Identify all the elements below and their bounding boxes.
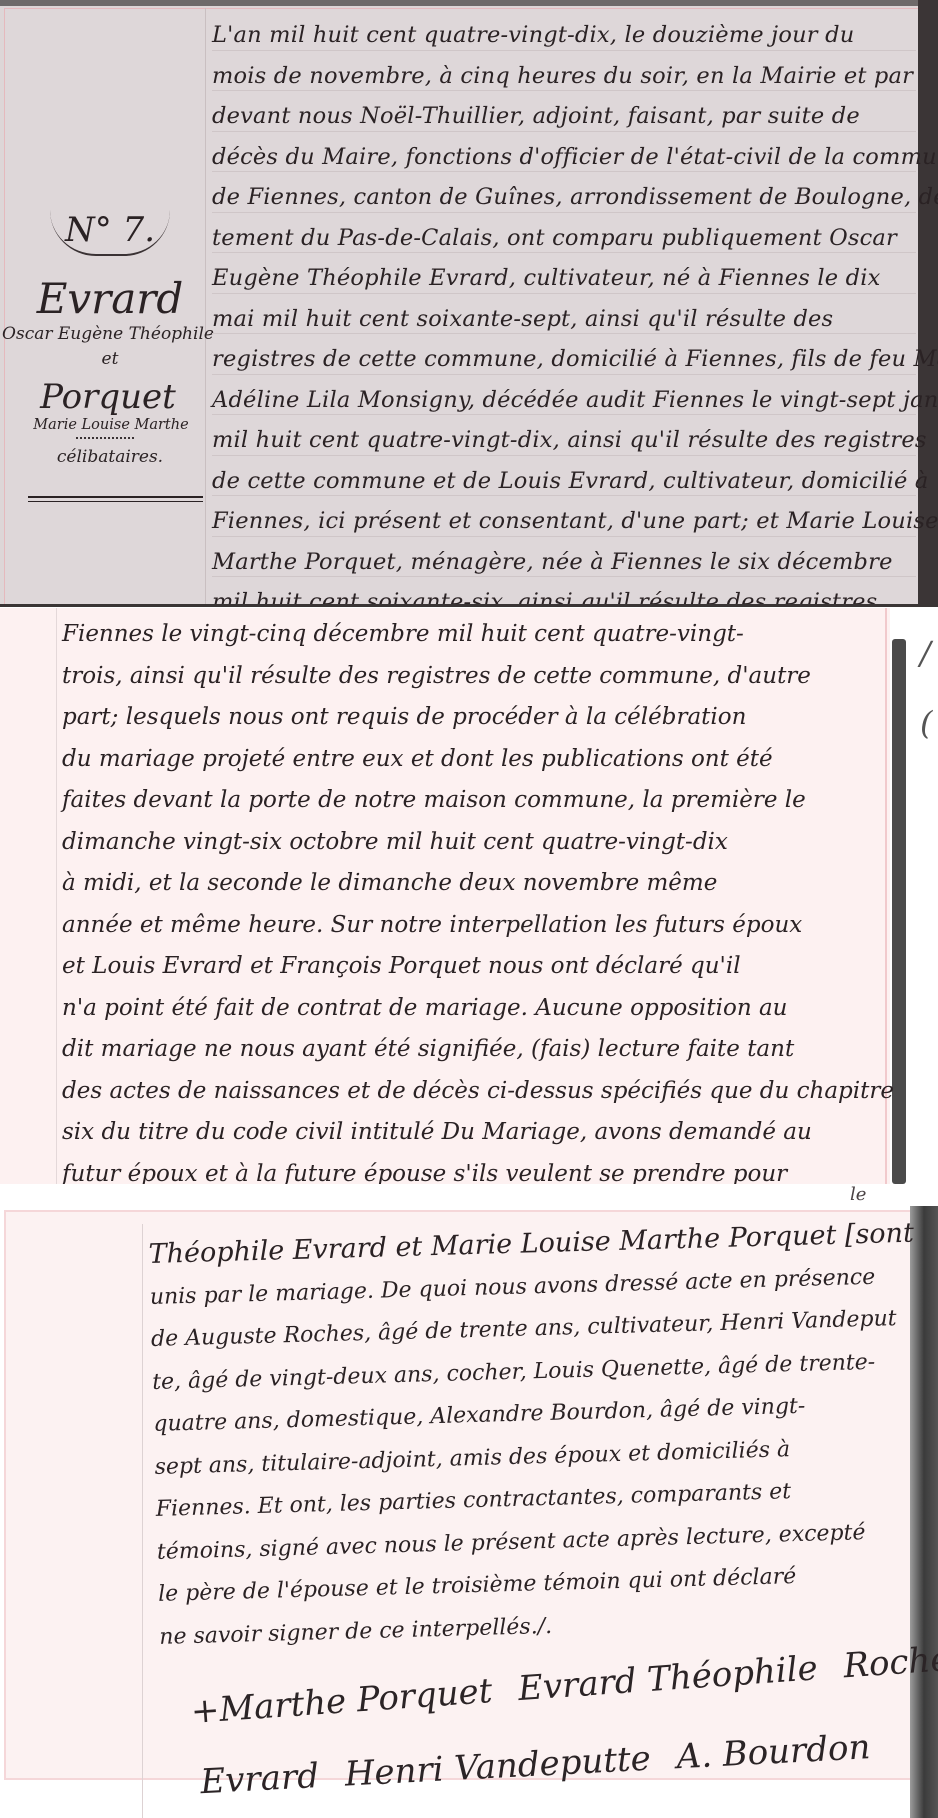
text-line: tement du Pas-de-Calais, ont comparu pub…	[212, 213, 916, 254]
scan-panel-2: / ( Fiennes le vingt-cinq décembre mil h…	[0, 604, 938, 1184]
text-line: Adéline Lila Monsigny, décédée audit Fie…	[212, 375, 916, 416]
signature: Roches	[842, 1638, 938, 1687]
text-line: trois, ainsi qu'il résulte des registres…	[62, 650, 882, 692]
text-line: futur époux et à la future épouse s'ils …	[62, 1148, 882, 1185]
text-line: Fiennes le vingt-cinq décembre mil huit …	[62, 608, 882, 650]
scan-panel-3: le Théophile Evrard et Marie Louise Mart…	[0, 1184, 938, 1818]
text-line: à midi, et la seconde le dimanche deux n…	[62, 857, 882, 899]
text-line: mois de novembre, à cinq heures du soir,…	[212, 51, 916, 92]
text-line: Eugène Théophile Evrard, cultivateur, né…	[212, 253, 916, 294]
text-line: n'a point été fait de contrat de mariage…	[62, 982, 882, 1024]
marital-status: célibataires.	[0, 447, 220, 467]
bride-surname: Porquet	[0, 377, 220, 417]
margin-rule	[56, 608, 57, 1184]
double-rule-divider	[28, 496, 203, 502]
text-line: L'an mil huit cent quatre-vingt-dix, le …	[212, 10, 916, 51]
text-line: et Louis Evrard et François Porquet nous…	[62, 940, 882, 982]
adjacent-page-mark: (	[920, 704, 932, 742]
text-line: faites devant la porte de notre maison c…	[62, 774, 882, 816]
bride-given-names: Marie Louise Marthe	[2, 417, 220, 433]
text-line: devant nous Noël-Thuillier, adjoint, fai…	[212, 91, 916, 132]
text-line: dimanche vingt-six octobre mil huit cent…	[62, 816, 882, 858]
margin-insertion-note: le	[850, 1184, 866, 1205]
text-line: du mariage projeté entre eux et dont les…	[62, 733, 882, 775]
margin-annotation: N° 7. Evrard Oscar Eugène Théophile et P…	[20, 210, 220, 467]
adjacent-page-mark: /	[920, 634, 931, 672]
record-text-part-1: L'an mil huit cent quatre-vingt-dix, le …	[212, 10, 916, 604]
flourish-divider	[76, 437, 134, 439]
scan-edge	[0, 0, 938, 6]
text-line: décès du Maire, fonctions d'officier de …	[212, 132, 916, 173]
text-line: année et même heure. Sur notre interpell…	[62, 899, 882, 941]
text-line: Fiennes, ici présent et consentant, d'un…	[212, 496, 916, 537]
signature: Evrard	[199, 1756, 320, 1802]
text-line: registres de cette commune, domicilié à …	[212, 334, 916, 375]
text-line: de cette commune et de Louis Evrard, cul…	[212, 456, 916, 497]
text-line: mil huit cent quatre-vingt-dix, ainsi qu…	[212, 415, 916, 456]
scan-edge	[0, 604, 938, 607]
conjunction: et	[0, 349, 220, 369]
scan-panel-1: N° 7. Evrard Oscar Eugène Théophile et P…	[0, 0, 938, 604]
text-line: six du titre du code civil intitulé Du M…	[62, 1106, 882, 1148]
text-line: de Fiennes, canton de Guînes, arrondisse…	[212, 172, 916, 213]
record-text-part-3: Théophile Evrard et Marie Louise Marthe …	[148, 1209, 920, 1655]
margin-rule	[142, 1224, 143, 1818]
text-line: dit mariage ne nous ayant été signifiée,…	[62, 1023, 882, 1065]
groom-surname: Evrard	[0, 274, 220, 323]
groom-given-names: Oscar Eugène Théophile	[0, 323, 220, 345]
record-number: N° 7.	[50, 210, 170, 256]
text-line: part; lesquels nous ont requis de procéd…	[62, 691, 882, 733]
record-text-part-2: Fiennes le vingt-cinq décembre mil huit …	[62, 608, 882, 1184]
text-line: mai mil huit cent soixante-sept, ainsi q…	[212, 294, 916, 335]
text-line: des actes de naissances et de décès ci-d…	[62, 1065, 882, 1107]
text-line: mil huit cent soixante-six, ainsi qu'il …	[212, 577, 916, 604]
page-binding	[892, 639, 906, 1184]
text-line: Marthe Porquet, ménagère, née à Fiennes …	[212, 537, 916, 578]
